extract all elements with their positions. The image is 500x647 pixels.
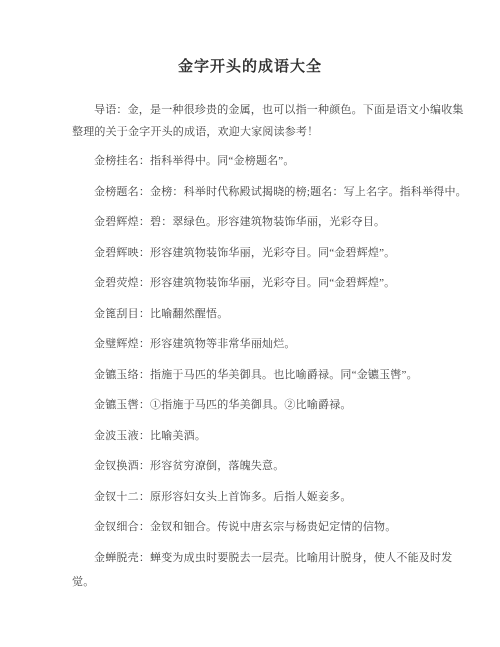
document-page: 金字开头的成语大全 导语：金，是一种很珍贵的金属，也可以指一种颜色。下面是语文小… — [0, 0, 500, 647]
idiom-definition: 碧：翠绿色。形容建筑物装饰华丽，光彩夺目。 — [150, 216, 385, 228]
idiom-entry: 金蝉脱壳：蝉变为成虫时要脱去一层壳。比喻用计脱身，使人不能及时发觉。 — [72, 546, 468, 594]
idiom-definition: 形容建筑物等非常华丽灿烂。 — [150, 338, 296, 350]
idiom-entry: 金钗换酒：形容贫穷潦倒，落魄失意。 — [72, 454, 468, 478]
idiom-term: 金波玉液 — [94, 430, 139, 442]
idiom-term: 金钗十二 — [94, 491, 139, 503]
term-colon: ： — [139, 521, 150, 533]
idiom-definition: 形容建筑物装饰华丽，光彩夺目。同“金碧辉煌”。 — [150, 277, 395, 289]
idiom-definition: 比喻翻然醒悟。 — [150, 308, 228, 320]
idiom-term: 金蝉脱壳 — [94, 552, 139, 564]
idiom-entry: 金篦刮目：比喻翻然醒悟。 — [72, 302, 468, 326]
idiom-definition: 指施于马匹的华美御具。也比喻爵禄。同“金镳玉辔”。 — [150, 369, 418, 381]
intro-paragraph: 导语：金，是一种很珍贵的金属，也可以指一种颜色。下面是语文小编收集整理的关于金字… — [72, 99, 468, 143]
term-colon: ： — [139, 430, 150, 442]
idiom-entry: 金榜题名：金榜：科举时代称殿试揭晓的榜;题名：写上名字。指科举得中。 — [72, 180, 468, 204]
idiom-term: 金碧荧煌 — [94, 277, 139, 289]
idiom-entry: 金钗细合：金钗和钿合。传说中唐玄宗与杨贵妃定情的信物。 — [72, 515, 468, 539]
idiom-entry: 金碧荧煌：形容建筑物装饰华丽，光彩夺目。同“金碧辉煌”。 — [72, 271, 468, 295]
term-colon: ： — [139, 216, 150, 228]
idiom-term: 金榜题名 — [94, 186, 139, 198]
idiom-definition: 形容建筑物装饰华丽，光彩夺目。同“金碧辉煌”。 — [150, 247, 395, 259]
idiom-list: 金榜挂名：指科举得中。同“金榜题名”。 金榜题名：金榜：科举时代称殿试揭晓的榜;… — [72, 149, 468, 594]
idiom-entry: 金碧辉映：形容建筑物装饰华丽，光彩夺目。同“金碧辉煌”。 — [72, 241, 468, 265]
term-colon: ： — [139, 491, 150, 503]
idiom-definition: 指科举得中。同“金榜题名”。 — [150, 155, 295, 167]
idiom-term: 金碧辉映 — [94, 247, 139, 259]
idiom-definition: ①指施于马匹的华美御具。②比喻爵禄。 — [150, 399, 352, 411]
idiom-term: 金镳玉络 — [94, 369, 139, 381]
idiom-term: 金璧辉煌 — [94, 338, 139, 350]
term-colon: ： — [139, 338, 150, 350]
idiom-definition: 比喻美酒。 — [150, 430, 206, 442]
idiom-entry: 金镳玉络：指施于马匹的华美御具。也比喻爵禄。同“金镳玉辔”。 — [72, 363, 468, 387]
idiom-term: 金榜挂名 — [94, 155, 139, 167]
idiom-definition: 金钗和钿合。传说中唐玄宗与杨贵妃定情的信物。 — [150, 521, 396, 533]
idiom-term: 金碧辉煌 — [94, 216, 139, 228]
term-colon: ： — [139, 369, 150, 381]
idiom-entry: 金碧辉煌：碧：翠绿色。形容建筑物装饰华丽，光彩夺目。 — [72, 210, 468, 234]
idiom-entry: 金镳玉辔：①指施于马匹的华美御具。②比喻爵禄。 — [72, 393, 468, 417]
idiom-entry: 金璧辉煌：形容建筑物等非常华丽灿烂。 — [72, 332, 468, 356]
idiom-term: 金钗细合 — [94, 521, 139, 533]
idiom-definition: 原形容妇女头上首饰多。后指人姬妾多。 — [150, 491, 352, 503]
term-colon: ： — [139, 399, 150, 411]
page-title: 金字开头的成语大全 — [0, 57, 500, 77]
term-colon: ： — [139, 308, 150, 320]
idiom-term: 金钗换酒 — [94, 460, 139, 472]
term-colon: ： — [139, 155, 150, 167]
term-colon: ： — [139, 277, 150, 289]
term-colon: ： — [139, 552, 150, 564]
term-colon: ： — [139, 460, 150, 472]
idiom-entry: 金波玉液：比喻美酒。 — [72, 424, 468, 448]
idiom-term: 金篦刮目 — [94, 308, 139, 320]
idiom-entry: 金榜挂名：指科举得中。同“金榜题名”。 — [72, 149, 468, 173]
idiom-definition: 金榜：科举时代称殿试揭晓的榜;题名：写上名字。指科举得中。 — [150, 186, 467, 198]
idiom-definition: 形容贫穷潦倒，落魄失意。 — [150, 460, 284, 472]
term-colon: ： — [139, 247, 150, 259]
idiom-entry: 金钗十二：原形容妇女头上首饰多。后指人姬妾多。 — [72, 485, 468, 509]
idiom-term: 金镳玉辔 — [94, 399, 139, 411]
term-colon: ： — [139, 186, 150, 198]
